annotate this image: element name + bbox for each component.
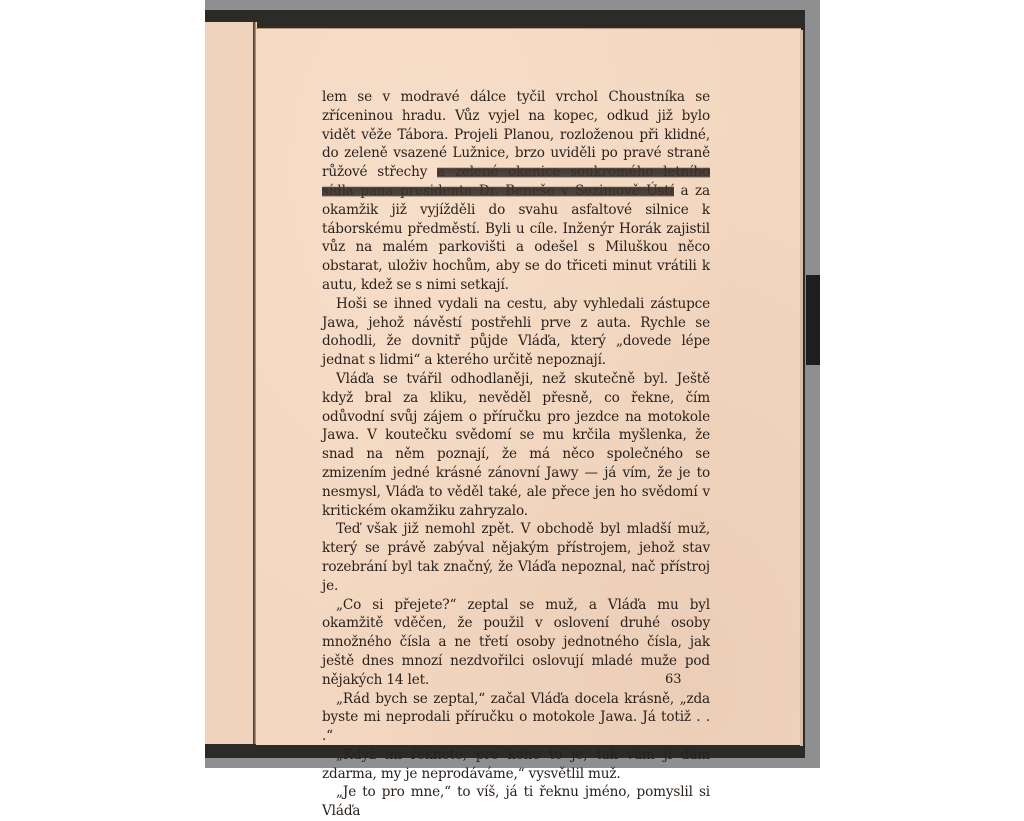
paragraph: „Co si přejete?“ zeptal se muž, a Vláďa … [322, 596, 710, 690]
text-segment: „Když mi řeknete, pro koho to je, tak vá… [322, 747, 710, 768]
paragraph: „Když mi řeknete, pro koho to je, tak vá… [322, 746, 710, 768]
paragraph: lem se v modravé dálce tyčil vrchol Chou… [322, 88, 710, 295]
scanned-book-spread: lem se v modravé dálce tyčil vrchol Chou… [0, 0, 1024, 768]
page-number: 63 [665, 672, 682, 687]
paragraph: „Rád bych se zeptal,“ začal Vláďa docela… [322, 690, 710, 746]
paragraph: Hoši se ihned vydali na cestu, aby vyhle… [322, 295, 710, 370]
text-segment: „Co si přejete?“ zeptal se muž, a Vláďa … [322, 597, 710, 688]
right-edge-shadow [806, 275, 820, 365]
text-segment: a za okamžik již vyjížděli do svahu asfa… [322, 183, 710, 293]
left-facing-page [205, 22, 257, 744]
body-text: lem se v modravé dálce tyčil vrchol Chou… [322, 88, 710, 768]
paragraph: Teď však již nemohl zpět. V obchodě byl … [322, 520, 710, 595]
text-segment: „Rád bych se zeptal,“ začal Vláďa docela… [322, 691, 710, 745]
page-edge [800, 30, 803, 746]
text-segment: Hoši se ihned vydali na cestu, aby vyhle… [322, 296, 710, 368]
page-gutter [253, 22, 256, 744]
paragraph: Vláďa se tvářil odhodlaněji, než skutečn… [322, 370, 710, 520]
text-segment: Vláďa se tvářil odhodlaněji, než skutečn… [322, 371, 710, 519]
text-segment: Teď však již nemohl zpět. V obchodě byl … [322, 521, 710, 593]
